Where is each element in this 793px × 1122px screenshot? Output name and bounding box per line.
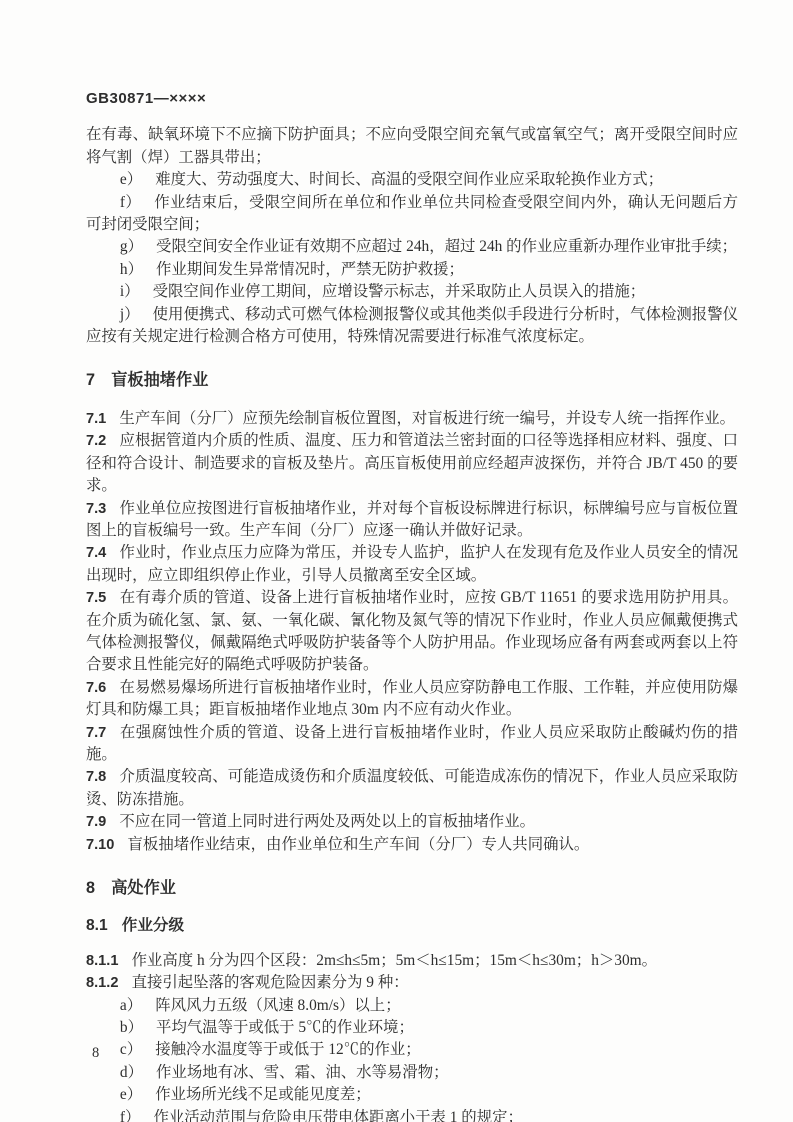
clause-number: 7 (86, 371, 111, 389)
clause-number: 7.3 (86, 501, 119, 517)
paragraph-text: 盲板抽堵作业结束，由作业单位和生产车间（分厂）专人共同确认。 (128, 836, 590, 853)
item-letter-label: e） (120, 171, 155, 188)
paragraph-text: 使用便携式、移动式可燃气体检测报警仪或其他类似手段进行分析时，气体检测报警仪应按… (86, 306, 738, 345)
content-column: GB30871—×××× 在有毒、缺氧环境下不应摘下防护面具；不应向受限空间充氧… (86, 88, 738, 1122)
clause-number: 7.10 (86, 837, 128, 853)
clause-paragraph: 7.1生产车间（分厂）应预先绘制盲板位置图，对盲板进行统一编号，并设专人统一指挥… (86, 408, 738, 430)
paragraph-text: 作业高度 h 分为四个区段：2m≤h≤5m；5m＜h≤15m；15m＜h≤30m… (132, 952, 657, 969)
list-item: i）受限空间作业停工期间，应增设警示标志，并采取防止人员误入的措施； (86, 281, 738, 303)
clause-number: 8.1.1 (86, 953, 132, 969)
paragraph-text: 作业单位应按图进行盲板抽堵作业，并对每个盲板设标牌进行标识，标牌编号应与盲板位置… (86, 500, 738, 539)
clause-paragraph: 7.5在有毒介质的管道、设备上进行盲板抽堵作业时，应按 GB/T 11651 的… (86, 587, 738, 677)
list-item: h）作业期间发生异常情况时，严禁无防护救援； (86, 259, 738, 281)
list-item: e）难度大、劳动强度大、时间长、高温的受限空间作业应采取轮换作业方式； (86, 169, 738, 191)
clause-number: 7.8 (86, 769, 119, 785)
paragraph-text: 作业期间发生异常情况时，严禁无防护救援； (156, 261, 464, 278)
paragraph-text: 在强腐蚀性介质的管道、设备上进行盲板抽堵作业时，作业人员应采取防止酸碱灼伤的措施… (86, 724, 738, 763)
paragraph-text: 应根据管道内介质的性质、温度、压力和管道法兰密封面的口径等选择相应材料、强度、口… (86, 432, 738, 494)
paragraph-text: 生产车间（分厂）应预先绘制盲板位置图，对盲板进行统一编号，并设专人统一指挥作业。 (119, 410, 735, 427)
clause-paragraph: 7.2应根据管道内介质的性质、温度、压力和管道法兰密封面的口径等选择相应材料、强… (86, 430, 738, 497)
clause-number: 7.6 (86, 680, 119, 696)
item-letter-label: j） (120, 306, 153, 323)
clause-number: 7.4 (86, 545, 119, 561)
item-letter-label: i） (120, 283, 153, 300)
list-item: e）作业场所光线不足或能见度差； (86, 1084, 738, 1106)
clause-paragraph: 7.7在强腐蚀性介质的管道、设备上进行盲板抽堵作业时，作业人员应采取防止酸碱灼伤… (86, 722, 738, 767)
list-item: f）作业活动范围与危险电压带电体距离小于表 1 的规定； (86, 1107, 738, 1122)
list-item: c）接触冷水温度等于或低于 12℃的作业； (86, 1039, 738, 1061)
paragraph-text: 在有毒介质的管道、设备上进行盲板抽堵作业时，应按 GB/T 11651 的要求选… (86, 589, 738, 673)
heading-title: 盲板抽堵作业 (111, 371, 208, 389)
heading-title: 高处作业 (111, 879, 176, 897)
document-page: GB30871—×××× 在有毒、缺氧环境下不应摘下防护面具；不应向受限空间充氧… (0, 0, 793, 1122)
clause-number: 7.7 (86, 725, 119, 741)
paragraph-text: 受限空间安全作业证有效期不应超过 24h，超过 24h 的作业应重新办理作业审批… (156, 238, 737, 255)
paragraph-text: 平均气温等于或低于 5℃的作业环境； (156, 1019, 414, 1036)
clause-paragraph: 7.6在易燃易爆场所进行盲板抽堵作业时，作业人员应穿防静电工作服、工作鞋，并应使… (86, 677, 738, 722)
item-letter-label: f） (120, 194, 154, 211)
paragraph-text: 难度大、劳动强度大、时间长、高温的受限空间作业应采取轮换作业方式； (155, 171, 663, 188)
page-number: 8 (92, 1042, 99, 1064)
clause-paragraph: 8.1.1作业高度 h 分为四个区段：2m≤h≤5m；5m＜h≤15m；15m＜… (86, 950, 738, 972)
clause-number: 8.1.2 (86, 975, 132, 991)
clause-number: 7.2 (86, 433, 119, 449)
subsection-heading: 8.1作业分级 (86, 915, 738, 937)
clause-number: 7.1 (86, 411, 119, 427)
list-item: g）受限空间安全作业证有效期不应超过 24h，超过 24h 的作业应重新办理作业… (86, 236, 738, 258)
clause-paragraph: 7.4作业时，作业点压力应降为常压，并设专人监护，监护人在发现有危及作业人员安全… (86, 542, 738, 587)
body-paragraph: 在有毒、缺氧环境下不应摘下防护面具；不应向受限空间充氧气或富氧空气；离开受限空间… (86, 124, 738, 169)
paragraph-text: 作业时，作业点压力应降为常压，并设专人监护，监护人在发现有危及作业人员安全的情况… (86, 544, 738, 583)
paragraph-text: 不应在同一管道上同时进行两处及两处以上的盲板抽堵作业。 (119, 813, 535, 830)
standard-number-header: GB30871—×××× (86, 88, 738, 110)
paragraph-text: 在有毒、缺氧环境下不应摘下防护面具；不应向受限空间充氧气或富氧空气；离开受限空间… (86, 126, 738, 165)
paragraph-text: 直接引起坠落的客观危险因素分为 9 种： (132, 974, 409, 991)
clause-number: 8 (86, 879, 111, 897)
list-item: b）平均气温等于或低于 5℃的作业环境； (86, 1017, 738, 1039)
item-letter-label: a） (120, 997, 155, 1014)
list-item: d）作业场地有冰、雪、霜、油、水等易滑物； (86, 1062, 738, 1084)
list-item: j）使用便携式、移动式可燃气体检测报警仪或其他类似手段进行分析时，气体检测报警仪… (86, 304, 738, 349)
clause-number: 7.5 (86, 590, 119, 606)
section-heading: 7盲板抽堵作业 (86, 369, 738, 391)
paragraph-text: 受限空间作业停工期间，应增设警示标志，并采取防止人员误入的措施； (153, 283, 646, 300)
section-heading: 8高处作业 (86, 877, 738, 899)
item-letter-label: c） (120, 1041, 155, 1058)
paragraph-text: 接触冷水温度等于或低于 12℃的作业； (155, 1041, 421, 1058)
paragraph-text: 作业场所光线不足或能见度差； (155, 1086, 370, 1103)
clause-paragraph: 7.9不应在同一管道上同时进行两处及两处以上的盲板抽堵作业。 (86, 811, 738, 833)
clause-number: 7.9 (86, 814, 119, 830)
paragraph-text: 作业活动范围与危险电压带电体距离小于表 1 的规定； (153, 1109, 522, 1122)
clause-paragraph: 8.1.2直接引起坠落的客观危险因素分为 9 种： (86, 972, 738, 994)
document-content: 在有毒、缺氧环境下不应摘下防护面具；不应向受限空间充氧气或富氧空气；离开受限空间… (86, 124, 738, 1122)
item-letter-label: b） (120, 1019, 156, 1036)
paragraph-text: 介质温度较高、可能造成烫伤和介质温度较低、可能造成冻伤的情况下，作业人员应采取防… (86, 768, 738, 807)
clause-paragraph: 7.3作业单位应按图进行盲板抽堵作业，并对每个盲板设标牌进行标识，标牌编号应与盲… (86, 498, 738, 543)
item-letter-label: d） (120, 1064, 156, 1081)
item-letter-label: g） (120, 238, 156, 255)
item-letter-label: h） (120, 261, 156, 278)
clause-paragraph: 7.10盲板抽堵作业结束，由作业单位和生产车间（分厂）专人共同确认。 (86, 834, 738, 856)
list-item: f）作业结束后，受限空间所在单位和作业单位共同检查受限空间内外，确认无问题后方可… (86, 192, 738, 237)
item-letter-label: e） (120, 1086, 155, 1103)
clause-paragraph: 7.8介质温度较高、可能造成烫伤和介质温度较低、可能造成冻伤的情况下，作业人员应… (86, 766, 738, 811)
paragraph-text: 在易燃易爆场所进行盲板抽堵作业时，作业人员应穿防静电工作服、工作鞋，并应使用防爆… (86, 679, 738, 718)
heading-title: 作业分级 (122, 917, 184, 934)
list-item: a）阵风风力五级（风速 8.0m/s）以上； (86, 995, 738, 1017)
item-letter-label: f） (120, 1109, 154, 1122)
paragraph-text: 阵风风力五级（风速 8.0m/s）以上； (155, 997, 400, 1014)
paragraph-text: 作业结束后，受限空间所在单位和作业单位共同检查受限空间内外，确认无问题后方可封闭… (86, 194, 738, 233)
paragraph-text: 作业场地有冰、雪、霜、油、水等易滑物； (156, 1064, 448, 1081)
clause-number: 8.1 (86, 917, 122, 934)
